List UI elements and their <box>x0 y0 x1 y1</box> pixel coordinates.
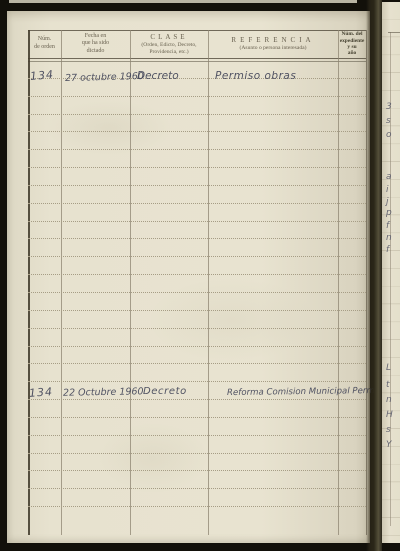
edge-text-fragment: s <box>386 116 391 126</box>
header-bottom-rule <box>28 58 366 59</box>
ruled-row <box>28 418 366 436</box>
ruled-row <box>28 239 366 257</box>
ruled-row <box>28 115 366 133</box>
ruled-row <box>28 132 366 150</box>
entry-2-clase: Decreto <box>143 386 187 397</box>
ruled-row <box>28 347 366 365</box>
referencia-title: REFERENCIA <box>231 36 314 44</box>
column-header-expediente: Núm. del expediente y su año <box>338 30 366 58</box>
edge-text-fragment: n <box>386 395 392 405</box>
edge-text-fragment: o <box>386 130 392 140</box>
edge-text-fragment: n <box>386 233 392 243</box>
edge-text-fragment: H <box>386 410 393 420</box>
ruled-row <box>28 364 366 382</box>
edge-text-fragment: 3 <box>386 102 392 112</box>
table-body-rows <box>28 61 366 524</box>
ruled-row <box>28 489 366 507</box>
entry-2-fecha: 22 Octubre 1960 <box>63 386 144 398</box>
column-header-fecha: Fecha en que ha sido dictado <box>61 30 130 58</box>
ruled-row <box>28 168 366 186</box>
edge-text-fragment: i <box>386 185 389 195</box>
ruled-row <box>28 454 366 472</box>
edge-text-fragment: s <box>386 425 391 435</box>
ruled-row <box>28 400 366 418</box>
ruled-row <box>28 507 366 524</box>
ruled-row <box>28 329 366 347</box>
ruled-row <box>28 311 366 329</box>
edge-text-fragment: j <box>386 197 389 207</box>
entry-1-referencia: Permiso obras <box>215 70 296 82</box>
edge-text-fragment: f <box>386 245 389 255</box>
entry-2-num: 134 <box>29 385 54 400</box>
clase-subtitle: (Orden, Edicto, Decreto, Providencia, et… <box>141 42 196 56</box>
entry-1-clase: Decreto <box>137 70 179 82</box>
entry-1-fecha: 27 octubre 1960 <box>65 71 144 84</box>
edge-text-fragment: t <box>386 380 390 390</box>
edge-text-fragment: p <box>386 208 392 218</box>
ruled-row <box>28 257 366 275</box>
binding-crease <box>366 0 382 551</box>
scanned-register-page: Núm. de orden Fecha en que ha sido dicta… <box>0 0 400 551</box>
ruled-row <box>28 222 366 240</box>
ruled-row <box>28 97 366 115</box>
column-header-referencia: REFERENCIA (Asunto o persona interesada) <box>208 30 338 58</box>
edge-text-fragment: f <box>386 221 389 231</box>
facing-page-sliver: 3soaijpfnfLtnHsY <box>382 2 400 543</box>
entry-1-num: 134 <box>29 68 54 83</box>
edge-text-fragment: L <box>386 363 391 373</box>
ruled-row <box>28 186 366 204</box>
register-page: Núm. de orden Fecha en que ha sido dicta… <box>7 11 370 543</box>
ruled-row <box>28 436 366 454</box>
entry-2-referencia: Reforma Comision Municipal Perm. <box>227 386 378 398</box>
clase-title: CLASE <box>150 33 187 41</box>
referencia-subtitle: (Asunto o persona interesada) <box>240 45 307 52</box>
edge-text-fragment: a <box>386 172 392 182</box>
ruled-row <box>28 293 366 311</box>
ruled-row <box>28 471 366 489</box>
ruled-row <box>28 275 366 293</box>
page-top-edge <box>9 0 357 3</box>
column-header-num-orden: Núm. de orden <box>28 30 61 58</box>
facing-page-header-rule <box>388 32 400 33</box>
ruled-row <box>28 150 366 168</box>
ruled-row <box>28 204 366 222</box>
edge-text-fragment: Y <box>386 440 392 450</box>
column-header-clase: CLASE (Orden, Edicto, Decreto, Providenc… <box>130 30 208 58</box>
